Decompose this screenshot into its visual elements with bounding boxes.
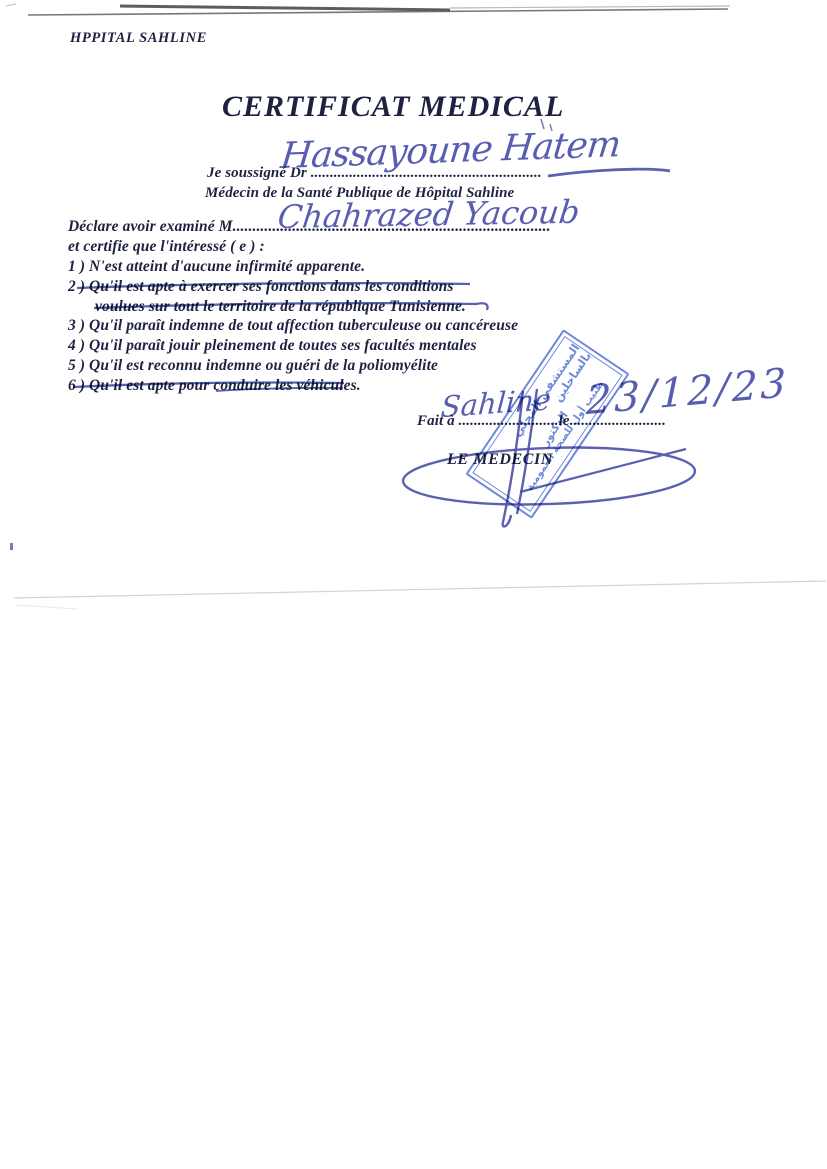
certify-line: et certifie que l'intéressé ( e ) : (68, 238, 265, 256)
item-6: 6 ) Qu'il est apte pour conduire les véh… (68, 377, 361, 395)
hospital-header: HPPITAL SAHLINE (70, 30, 207, 47)
item-4: 4 ) Qu'il paraît jouir pleinement de tou… (68, 337, 477, 355)
certificate-title: CERTIFICAT MEDICAL (222, 90, 564, 124)
item-2-line-1: 2 ) Qu'il est apte à exercer ses fonctio… (68, 278, 454, 296)
examined-prefix: Déclare avoir examiné M (68, 218, 233, 235)
doctor-name-handwriting: Hassayoune Hatem (279, 124, 622, 177)
scan-artifact-top-edge (6, 4, 730, 15)
scanned-medical-certificate: HPPITAL SAHLINE CERTIFICAT MEDICAL Je so… (0, 0, 827, 1169)
paper-edge-line (14, 581, 826, 609)
patient-name-handwriting: Chahrazed Yacoub (276, 193, 582, 236)
doctor-name-underline-flourish (548, 169, 670, 176)
item-3: 3 ) Qu'il paraît indemne de tout affecti… (68, 317, 518, 335)
item-5: 5 ) Qu'il est reconnu indemne ou guéri d… (68, 357, 438, 375)
item-2-line-2: voulues sur tout le territoire de la rép… (95, 298, 466, 316)
item-1: 1 ) N'est atteint d'aucune infirmité app… (68, 258, 365, 276)
